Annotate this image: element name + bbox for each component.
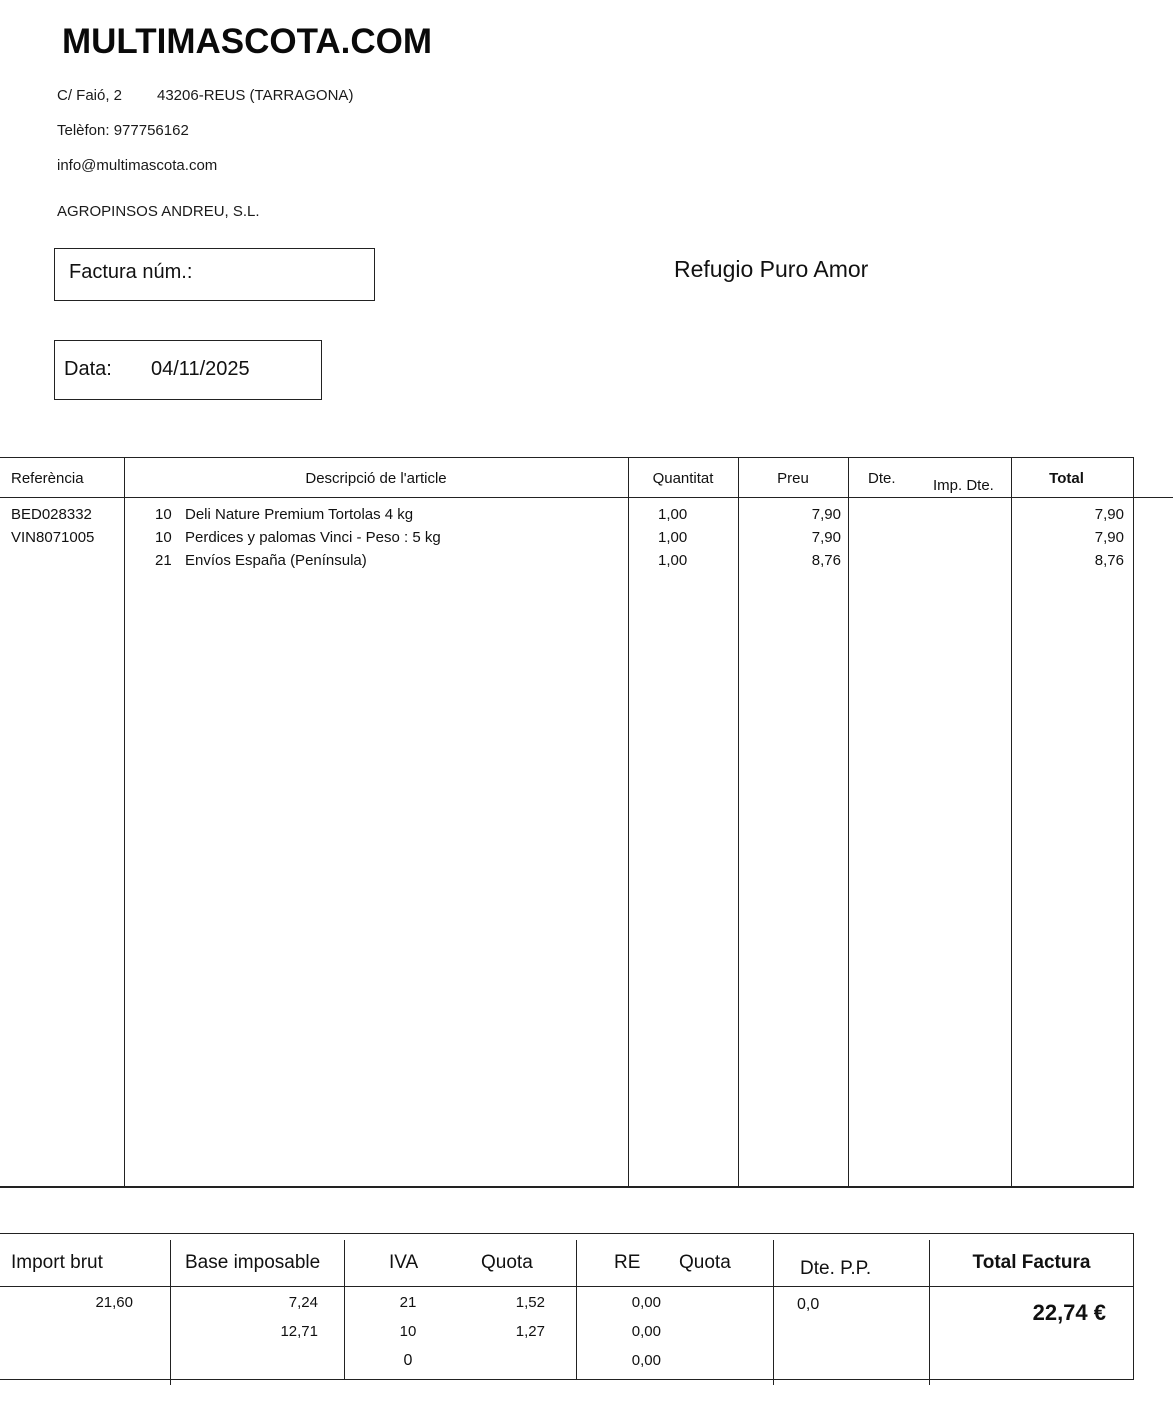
header-description: Descripció de l'article bbox=[124, 470, 628, 487]
iva-rate-value: 0 bbox=[370, 1346, 446, 1375]
iva-rate-value: 21 bbox=[370, 1288, 446, 1317]
invoice-date-value: 04/11/2025 bbox=[151, 358, 250, 381]
re-value: 0,00 bbox=[600, 1317, 661, 1346]
header-discount: Dte. bbox=[868, 470, 896, 487]
row-reference: BED028332 bbox=[11, 503, 92, 526]
gross-amount-value: 21,60 bbox=[20, 1288, 133, 1317]
invoice-total-value: 22,74 € bbox=[950, 1298, 1106, 1327]
invoice-date-box: Data: 04/11/2025 bbox=[54, 340, 322, 400]
row-vat-code: 10 bbox=[155, 503, 172, 526]
row-quantity: 1,00 bbox=[658, 549, 687, 572]
customer-name: Refugio Puro Amor bbox=[674, 256, 868, 283]
iva-rate-value: 10 bbox=[370, 1317, 446, 1346]
row-vat-code: 10 bbox=[155, 526, 172, 549]
header-re: RE bbox=[614, 1252, 640, 1274]
row-total: 7,90 bbox=[1011, 503, 1124, 526]
header-tax-base: Base imposable bbox=[185, 1252, 320, 1274]
invoice-number-box: Factura núm.: bbox=[54, 248, 375, 301]
invoice-date-label: Data: bbox=[64, 358, 112, 381]
row-total: 8,76 bbox=[1011, 549, 1124, 572]
invoice-number-label: Factura núm.: bbox=[69, 261, 192, 284]
company-street: C/ Faió, 2 bbox=[57, 87, 122, 104]
company-legal-name: AGROPINSOS ANDREU, S.L. bbox=[57, 203, 260, 220]
row-description: Deli Nature Premium Tortolas 4 kg bbox=[185, 503, 413, 526]
row-price: 8,76 bbox=[738, 549, 841, 572]
header-price: Preu bbox=[738, 470, 848, 487]
re-value: 0,00 bbox=[600, 1346, 661, 1375]
row-quantity: 1,00 bbox=[658, 503, 687, 526]
header-quantity: Quantitat bbox=[628, 470, 738, 487]
header-re-quota: Quota bbox=[679, 1252, 731, 1274]
header-total: Total bbox=[1011, 470, 1122, 487]
iva-quota-value: 1,27 bbox=[460, 1317, 545, 1346]
company-name: MULTIMASCOTA.COM bbox=[62, 22, 432, 62]
header-reference: Referència bbox=[11, 470, 84, 487]
header-iva: IVA bbox=[389, 1252, 418, 1274]
totals-table: Import brut Base imposable IVA Quota RE … bbox=[0, 1233, 1134, 1380]
row-vat-code: 21 bbox=[155, 549, 172, 572]
pp-discount-value: 0,0 bbox=[797, 1290, 819, 1319]
header-pp-discount: Dte. P.P. bbox=[800, 1258, 871, 1280]
row-description: Perdices y palomas Vinci - Peso : 5 kg bbox=[185, 526, 441, 549]
header-iva-quota: Quota bbox=[481, 1252, 533, 1274]
row-price: 7,90 bbox=[738, 503, 841, 526]
items-table: Referència Descripció de l'article Quant… bbox=[0, 457, 1134, 1188]
re-value: 0,00 bbox=[600, 1288, 661, 1317]
row-price: 7,90 bbox=[738, 526, 841, 549]
row-total: 7,90 bbox=[1011, 526, 1124, 549]
company-email: info@multimascota.com bbox=[57, 157, 217, 174]
header-discount-amount: Imp. Dte. bbox=[933, 477, 994, 494]
tax-base-value: 12,71 bbox=[200, 1317, 318, 1346]
header-invoice-total: Total Factura bbox=[929, 1252, 1134, 1274]
row-quantity: 1,00 bbox=[658, 526, 687, 549]
company-phone: Telèfon: 977756162 bbox=[57, 122, 189, 139]
header-gross-amount: Import brut bbox=[11, 1252, 103, 1274]
row-reference: VIN8071005 bbox=[11, 526, 94, 549]
iva-quota-value: 1,52 bbox=[460, 1288, 545, 1317]
company-city: 43206-REUS (TARRAGONA) bbox=[157, 87, 353, 104]
tax-base-value: 7,24 bbox=[200, 1288, 318, 1317]
row-description: Envíos España (Península) bbox=[185, 549, 367, 572]
